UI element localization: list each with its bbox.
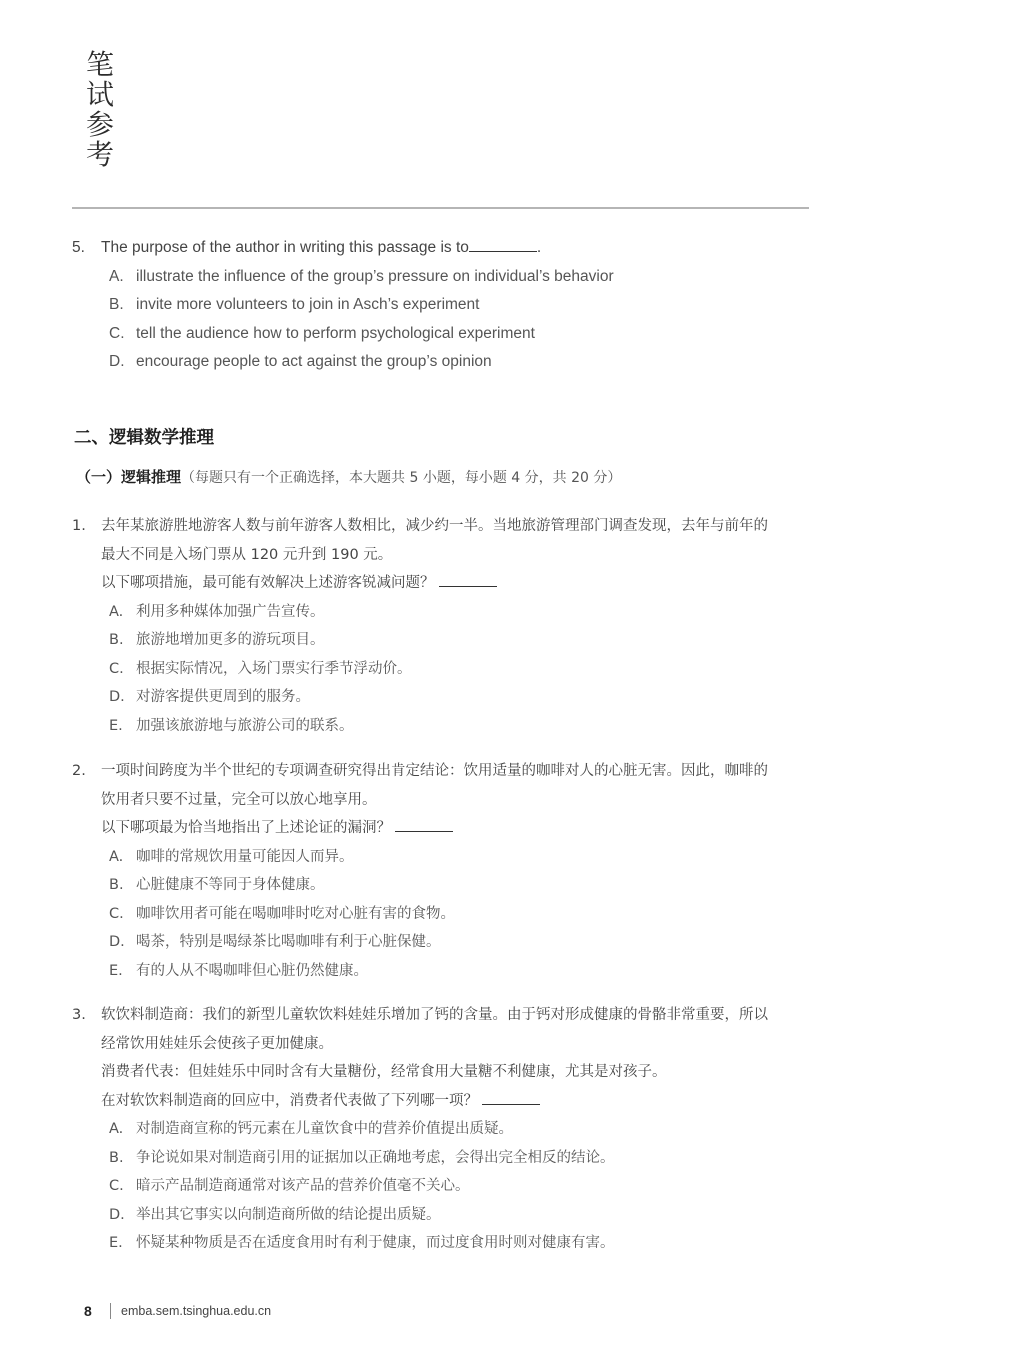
option-text: 暗示产品制造商通常对该产品的营养价值毫不关心。: [136, 1172, 470, 1201]
option-letter: E.: [109, 712, 136, 741]
question-stem-line: 饮用者只要不过量，完全可以放心地享用。: [72, 786, 817, 815]
question-stem-line: 去年某旅游胜地游客人数与前年游客人数相比，减少约一半。当地旅游管理部门调查发现，…: [101, 512, 768, 541]
option-e: E.怀疑某种物质是否在适度食用时有利于健康，而过度食用时则对健康有害。: [72, 1229, 817, 1258]
option-b: B. invite more volunteers to join in Asc…: [72, 291, 812, 320]
question-number: 3.: [72, 1001, 101, 1030]
question-stem-line: 经常饮用娃娃乐会使孩子更加健康。: [72, 1030, 817, 1059]
option-a: A.咖啡的常规饮用量可能因人而异。: [72, 843, 817, 872]
page-number: 8: [84, 1303, 110, 1319]
option-e: E.有的人从不喝咖啡但心脏仍然健康。: [72, 957, 817, 986]
question-number: 5.: [72, 234, 101, 263]
question-prompt-text: 以下哪项措施，最可能有效解决上述游客锐减问题？: [101, 575, 435, 591]
option-text: 喝茶，特别是喝绿茶比喝咖啡有利于心脏保健。: [136, 928, 441, 957]
option-letter: D.: [109, 1201, 136, 1230]
subsection-title: 逻辑推理: [121, 468, 181, 486]
option-text: tell the audience how to perform psychol…: [136, 320, 535, 349]
option-a: A.利用多种媒体加强广告宣传。: [72, 598, 817, 627]
page-footer: 8 emba.sem.tsinghua.edu.cn: [84, 1303, 271, 1319]
option-text: encourage people to act against the grou…: [136, 348, 492, 377]
section-title: 二、逻辑数学推理: [74, 424, 214, 449]
option-c: C. tell the audience how to perform psyc…: [72, 320, 812, 349]
question-prompt: 在对软饮料制造商的回应中，消费者代表做了下列哪一项？: [72, 1087, 817, 1116]
option-letter: A.: [109, 1115, 136, 1144]
option-text: 加强该旅游地与旅游公司的联系。: [136, 712, 354, 741]
answer-blank: [469, 239, 537, 252]
answer-blank: [395, 819, 453, 832]
footer-divider: [110, 1303, 111, 1319]
answer-blank: [439, 574, 497, 587]
option-text: 举出其它事实以向制造商所做的结论提出质疑。: [136, 1201, 441, 1230]
option-d: D.喝茶，特别是喝绿茶比喝咖啡有利于心脏保健。: [72, 928, 817, 957]
option-b: B.旅游地增加更多的游玩项目。: [72, 626, 817, 655]
question-3: 3. 软饮料制造商：我们的新型儿童软饮料娃娃乐增加了钙的含量。由于钙对形成健康的…: [72, 1001, 817, 1258]
option-letter: C.: [109, 320, 136, 349]
option-letter: B.: [109, 291, 136, 320]
subsection-prefix: （一）: [76, 468, 121, 486]
option-letter: A.: [109, 843, 136, 872]
option-text: 对制造商宣称的钙元素在儿童饮食中的营养价值提出质疑。: [136, 1115, 513, 1144]
option-c: C.咖啡饮用者可能在喝咖啡时吃对心脏有害的食物。: [72, 900, 817, 929]
question-number: 1.: [72, 512, 101, 541]
option-letter: D.: [109, 348, 136, 377]
answer-blank: [482, 1092, 540, 1105]
option-text: 咖啡的常规饮用量可能因人而异。: [136, 843, 354, 872]
vertical-title-char: 考: [84, 140, 116, 170]
option-letter: B.: [109, 626, 136, 655]
option-d: D.对游客提供更周到的服务。: [72, 683, 817, 712]
option-d: D. encourage people to act against the g…: [72, 348, 812, 377]
option-text: 旅游地增加更多的游玩项目。: [136, 626, 325, 655]
english-question-block: 5. The purpose of the author in writing …: [72, 234, 812, 377]
question-stem-line: 最大不同是入场门票从 120 元升到 190 元。: [72, 541, 817, 570]
question-prompt-text: 在对软饮料制造商的回应中，消费者代表做了下列哪一项？: [101, 1093, 478, 1109]
option-letter: E.: [109, 957, 136, 986]
question-stem-end: .: [537, 239, 541, 256]
question-stem: 2. 一项时间跨度为半个世纪的专项调查研究得出肯定结论：饮用适量的咖啡对人的心脏…: [72, 757, 817, 786]
question-text: The purpose of the author in writing thi…: [101, 234, 541, 263]
option-letter: B.: [109, 1144, 136, 1173]
vertical-title-char: 笔: [84, 50, 116, 80]
option-e: E.加强该旅游地与旅游公司的联系。: [72, 712, 817, 741]
vertical-title-char: 参: [84, 110, 116, 140]
question-prompt: 以下哪项措施，最可能有效解决上述游客锐减问题？: [72, 569, 817, 598]
option-b: B.争论说如果对制造商引用的证据加以正确地考虑，会得出完全相反的结论。: [72, 1144, 817, 1173]
option-letter: D.: [109, 683, 136, 712]
question-stem: 5. The purpose of the author in writing …: [72, 234, 812, 263]
question-stem-text: The purpose of the author in writing thi…: [101, 239, 469, 256]
option-b: B.心脏健康不等同于身体健康。: [72, 871, 817, 900]
subsection-note: （每题只有一个正确选择，本大题共 5 小题，每小题 4 分，共 20 分）: [181, 470, 621, 486]
option-letter: C.: [109, 655, 136, 684]
option-c: C.暗示产品制造商通常对该产品的营养价值毫不关心。: [72, 1172, 817, 1201]
option-text: 对游客提供更周到的服务。: [136, 683, 310, 712]
option-d: D.举出其它事实以向制造商所做的结论提出质疑。: [72, 1201, 817, 1230]
subsection-heading: （一）逻辑推理（每题只有一个正确选择，本大题共 5 小题，每小题 4 分，共 2…: [76, 466, 621, 487]
option-text: 怀疑某种物质是否在适度食用时有利于健康，而过度食用时则对健康有害。: [136, 1229, 615, 1258]
option-text: illustrate the influence of the group’s …: [136, 263, 614, 292]
option-letter: E.: [109, 1229, 136, 1258]
option-letter: C.: [109, 1172, 136, 1201]
option-text: invite more volunteers to join in Asch’s…: [136, 291, 479, 320]
vertical-title-char: 试: [84, 80, 116, 110]
option-letter: B.: [109, 871, 136, 900]
question-stem-line: 一项时间跨度为半个世纪的专项调查研究得出肯定结论：饮用适量的咖啡对人的心脏无害。…: [101, 757, 768, 786]
question-prompt: 以下哪项最为恰当地指出了上述论证的漏洞？: [72, 814, 817, 843]
option-text: 心脏健康不等同于身体健康。: [136, 871, 325, 900]
option-text: 争论说如果对制造商引用的证据加以正确地考虑，会得出完全相反的结论。: [136, 1144, 615, 1173]
option-letter: D.: [109, 928, 136, 957]
question-1: 1. 去年某旅游胜地游客人数与前年游客人数相比，减少约一半。当地旅游管理部门调查…: [72, 512, 817, 740]
question-prompt-text: 以下哪项最为恰当地指出了上述论证的漏洞？: [101, 820, 391, 836]
page-vertical-title: 笔 试 参 考: [84, 50, 116, 170]
question-number: 2.: [72, 757, 101, 786]
question-2: 2. 一项时间跨度为半个世纪的专项调查研究得出肯定结论：饮用适量的咖啡对人的心脏…: [72, 757, 817, 985]
option-letter: A.: [109, 263, 136, 292]
option-letter: A.: [109, 598, 136, 627]
option-c: C.根据实际情况，入场门票实行季节浮动价。: [72, 655, 817, 684]
option-text: 咖啡饮用者可能在喝咖啡时吃对心脏有害的食物。: [136, 900, 455, 929]
footer-url: emba.sem.tsinghua.edu.cn: [121, 1304, 271, 1318]
header-divider: [72, 207, 809, 209]
question-stem-line: 消费者代表：但娃娃乐中同时含有大量糖份，经常食用大量糖不利健康，尤其是对孩子。: [72, 1058, 817, 1087]
option-a: A. illustrate the influence of the group…: [72, 263, 812, 292]
option-text: 有的人从不喝咖啡但心脏仍然健康。: [136, 957, 368, 986]
option-text: 利用多种媒体加强广告宣传。: [136, 598, 325, 627]
question-stem: 1. 去年某旅游胜地游客人数与前年游客人数相比，减少约一半。当地旅游管理部门调查…: [72, 512, 817, 541]
question-stem-line: 软饮料制造商：我们的新型儿童软饮料娃娃乐增加了钙的含量。由于钙对形成健康的骨骼非…: [101, 1001, 768, 1030]
option-a: A.对制造商宣称的钙元素在儿童饮食中的营养价值提出质疑。: [72, 1115, 817, 1144]
option-letter: C.: [109, 900, 136, 929]
option-text: 根据实际情况，入场门票实行季节浮动价。: [136, 655, 412, 684]
question-stem: 3. 软饮料制造商：我们的新型儿童软饮料娃娃乐增加了钙的含量。由于钙对形成健康的…: [72, 1001, 817, 1030]
